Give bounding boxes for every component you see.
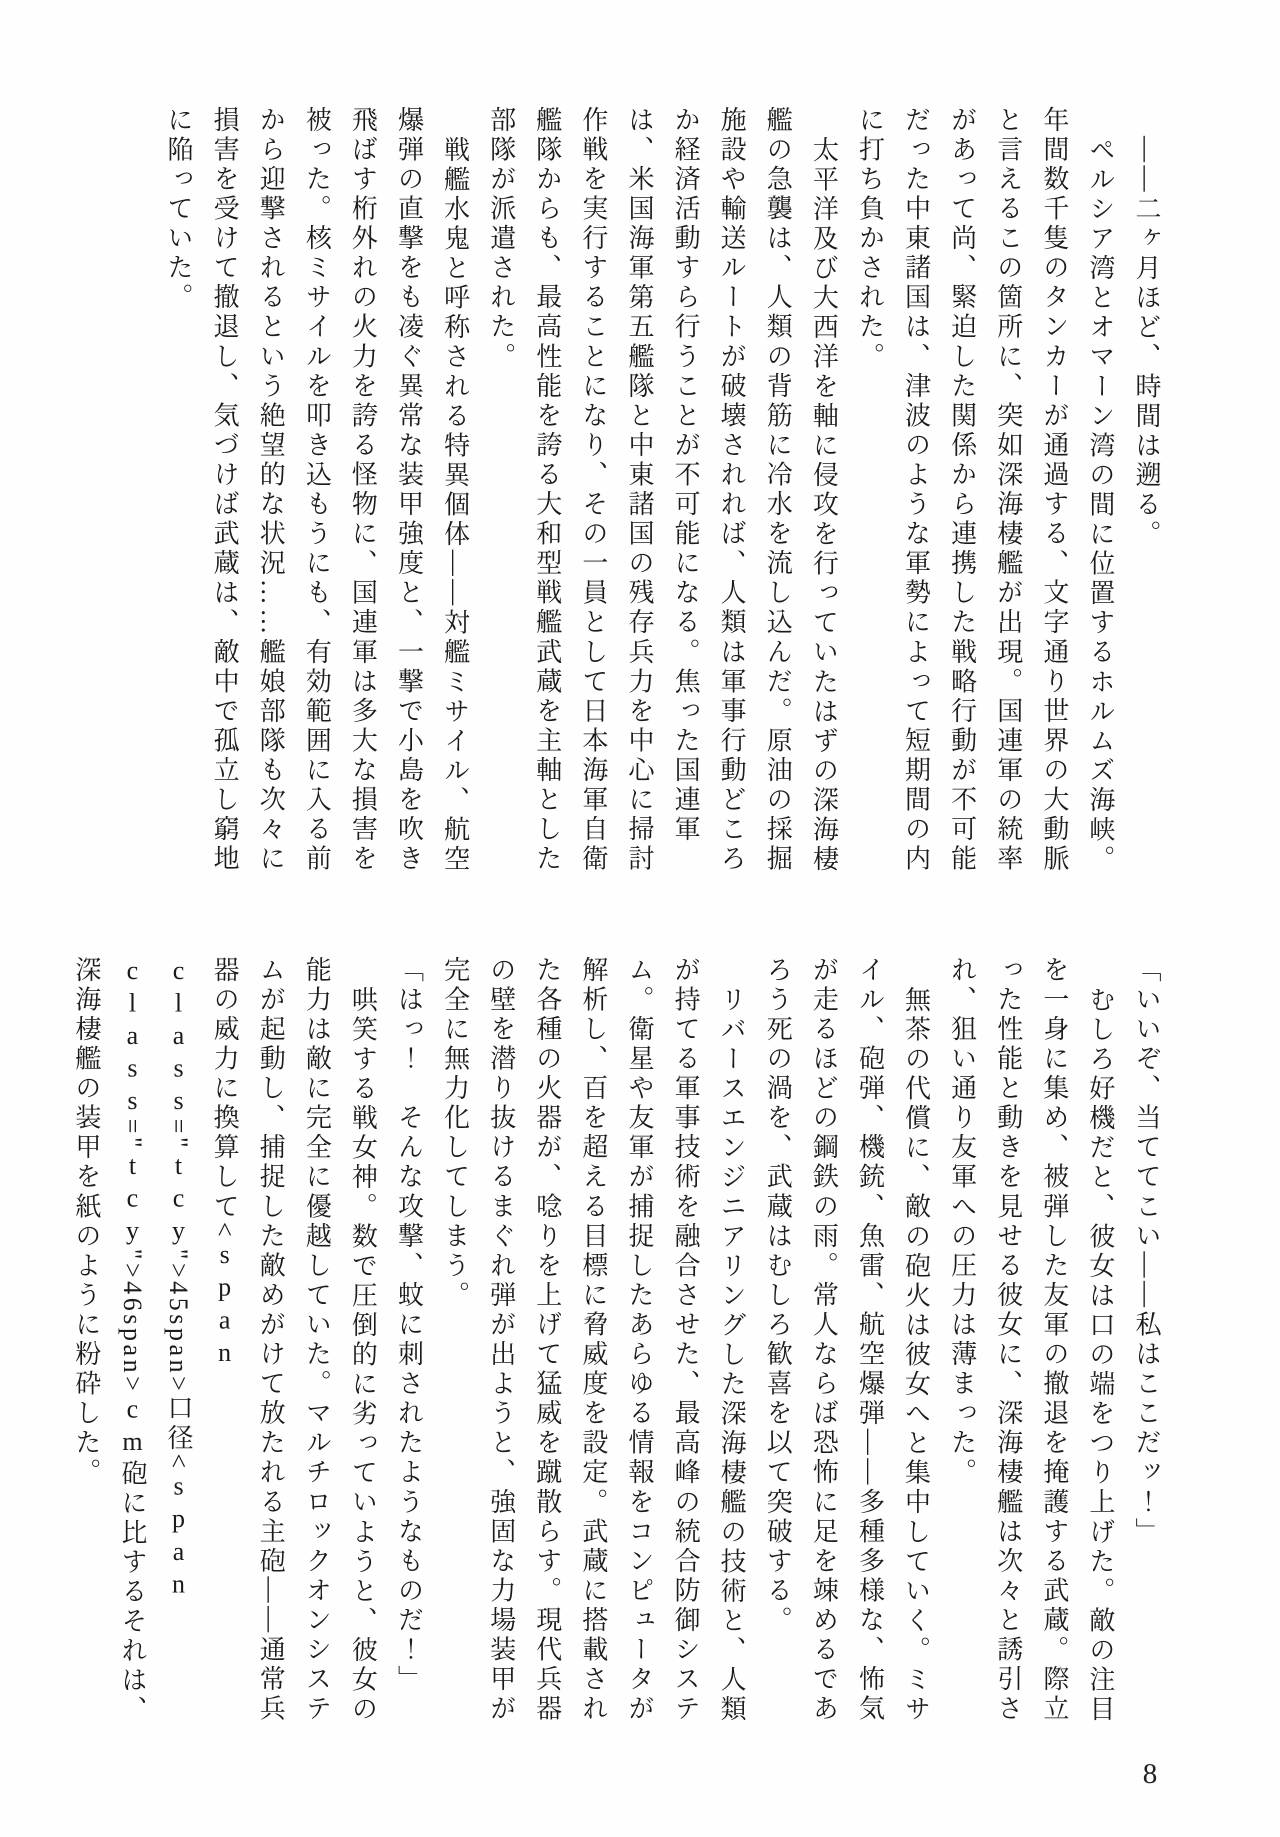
paragraph: リバースエンジニアリングした深海棲艦の技術と、人類が持てる軍事技術を融合させた、… (432, 956, 755, 1728)
paragraph: 「はっ！ そんな攻撃、蚊に刺されたようなものだ！」 (385, 956, 431, 1728)
top-text-block: ――二ヶ月ほど、時間は遡る。ペルシア湾とオマーン湾の間に位置するホルムズ海峡。年… (155, 106, 1169, 878)
paragraph: 「いいぞ、当ててこい――私はここだッ！」 (1123, 956, 1169, 1728)
paragraph: むしろ好機だと、彼女は口の端をつり上げた。敵の注目を一身に集め、被弾した友軍の撤… (939, 956, 1123, 1728)
paragraph: 太平洋及び大西洋を軸に侵攻を行っていたはずの深海棲艦の急襲は、人類の背筋に冷水を… (478, 106, 847, 878)
paragraph: 戦艦水鬼と呼称される特異個体――対艦ミサイル、航空爆弾の直撃をも凌ぐ異常な装甲強… (155, 106, 478, 878)
bottom-text-block: 「いいぞ、当ててこい――私はここだッ！」むしろ好機だと、彼女は口の端をつり上げた… (155, 956, 1169, 1728)
paragraph: 無茶の代償に、敵の砲火は彼女へと集中していく。ミサイル、砲弾、機銃、魚雷、航空爆… (754, 956, 938, 1728)
page-number: 8 (1130, 1758, 1170, 1791)
scanned-novel-page: ――二ヶ月ほど、時間は遡る。ペルシア湾とオマーン湾の間に位置するホルムズ海峡。年… (0, 0, 1280, 1837)
paragraph: 哄笑する戦女神。数で圧倒的に劣っていようと、彼女の能力は敵に完全に優越していた。… (63, 956, 386, 1728)
paragraph: ――二ヶ月ほど、時間は遡る。 (1123, 106, 1169, 878)
paragraph: ペルシア湾とオマーン湾の間に位置するホルムズ海峡。年間数千隻のタンカーが通過する… (846, 106, 1123, 878)
